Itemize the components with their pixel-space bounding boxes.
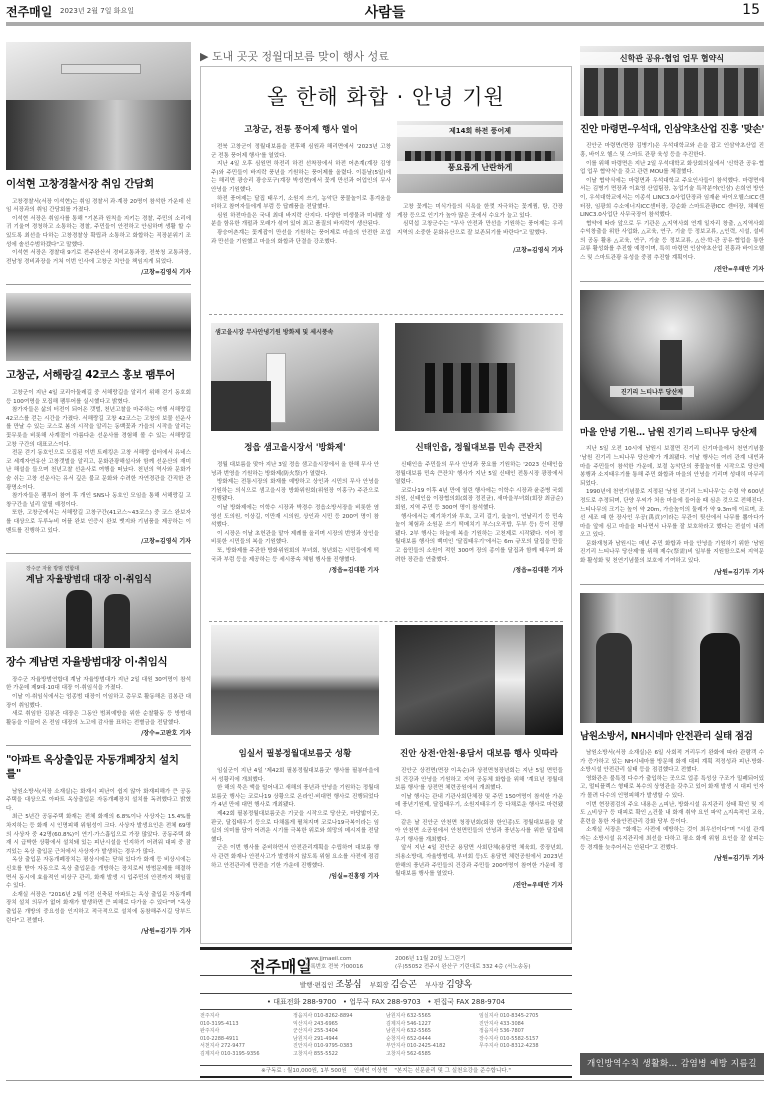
article-photo [6,42,191,170]
photo-banner: 신학관 공유·협업 업무 협약식 [580,52,764,65]
person-shape [66,590,92,648]
byline: /남원=김기두 기자 [6,926,191,935]
bottom-rule [6,1080,764,1081]
headline: 이석현 고창경찰서장 취임 간담회 [6,178,191,192]
article-police-chief: 이석현 고창경찰서장 취임 간담회 고창경찰서(서장 이석현)는 취임 경찰서 … [6,42,191,276]
address: (우)55052 전주시 완산구 기린대로 332 4층 (서노송동) [395,963,531,971]
divider [6,284,191,285]
main-headline: 올 한해 화합 · 안녕 기원 [201,81,571,111]
lead-story-right: 제14회 하전 풍어제 풍요롭게 난란하게 고창 꽃게는 미식가들의 식욕을 한… [397,121,563,254]
lead-story-left: 고창군, 전통 풍어제 행사 열어 전북 고창군이 정월대보름을 전후해 심원과… [211,123,391,246]
staff-row: 발행·편집인 조봉심 부회장 김승곤 부사장 김양옥 [200,976,572,994]
byline: /남원=김기두 기자 [580,567,764,576]
headline: 진안 상전·안천·용담서 대보름 행사 잇따라 [395,747,563,759]
article-photo [6,293,191,361]
article-nh-cinema: 남원소방서, NH시네마 안전관리 실태 점검 남원소방서(서장 소재실)은 6… [580,593,764,862]
headline: 마을 안녕 기원… 남원 진기리 느티나무 당산제 [580,428,764,440]
article-zelkova-tree: 진기리 느티나무 당산제 마을 안녕 기원… 남원 진기리 느티나무 당산제 지… [580,290,764,576]
page-number: 15 [742,2,760,18]
headline: 임실서 필봉정월대보름굿 성황 [211,747,379,759]
article-body: 고창군이 지난 4일 코리아둘레길 중 서해랑길을 알리기 위해 걷기 동호회 … [6,389,191,535]
article-body: 신태인읍 주민들의 무사 안녕과 풍요를 기원하는 '2023 신태인읍 정월대… [395,461,563,564]
article-body: 장수군 자율방범연합대 계남 자율방범대가 지난 2일 대원 30여명이 참석한… [6,676,191,728]
article-photo: 제14회 하전 풍어제 풍요롭게 난란하게 [397,121,563,193]
people-shape [425,363,515,413]
article-patrol-captain: 장수군 자율 방범 연합대 계남 자율방범대 대장 이·취임식 장수 계남면 자… [6,562,191,737]
left-column: 이석현 고창경찰서장 취임 간담회 고창경찰서(서장 이석현)는 취임 경찰서 … [6,30,191,935]
article-photo: 진기리 느티나무 당산제 [580,290,764,420]
publisher-info: 전주매일 www.jjmaeil.com 등록번호 전북 가00016 2006… [200,947,572,1084]
registration-number: 등록번호 전북 가00016 [305,963,363,971]
masthead: 전주매일 2023년 2월 7일 화요일 사람들 15 [0,0,770,22]
branch-directory: 전주지사 010-3195-4113 완주지사 010-2288-4911 서천… [200,1010,572,1065]
article-photo [395,323,563,431]
byline: /정읍=김대환 기자 [211,565,379,574]
headline: 진안 마령면-우석대, 인삼약초산업 진흥 '맞손' [580,124,764,136]
bonfire-shape [495,625,525,735]
divider [580,281,764,282]
subhead: 고창군, 전통 풍어제 행사 열어 [211,123,391,135]
feature-box: 올 한해 화합 · 안녕 기원 고창군, 전통 풍어제 행사 열어 전북 고창군… [200,66,572,944]
established-date: 2006년 11월 20일 노그린기 [395,955,531,963]
tree-trunk-shape [660,340,682,410]
article-woosuk-mou: 신학관 공유·협업 업무 협약식 진안 마령면-우석대, 인삼약초산업 진흥 '… [580,46,764,273]
article-rooftop-door: "아파트 옥상출입문 자동개폐장치 설치를" 남원소방서(서장 소재실)는 화재… [6,754,191,935]
photo-banner: 샘고을시장 무사안녕기원 방화제 및 세시풍속 [215,327,365,336]
byline: /고창=김영식 기자 [397,245,563,254]
article-body: 전북 고창군이 정월대보름을 전후해 심원과 해리면에서 '2023년 고창군 … [211,143,391,246]
article-photo: 신학관 공유·협업 업무 협약식 [580,46,764,116]
article-photo [211,625,379,735]
byline: /진안=우태만 기자 [580,264,764,273]
person-shape [596,633,632,723]
headline: "아파트 옥상출입문 자동개폐장치 설치를" [6,754,191,781]
masthead-divider [6,22,764,26]
article-body: 진안군 상전면(면장 이옥순)과 상전면청장년회는 지난 5일 면민들의 건강과… [395,767,563,879]
story-jinan: 진안 상전·안천·용담서 대보름 행사 잇따라 진안군 상전면(면장 이옥순)과… [395,625,563,889]
photo-banner-top: 제14회 하전 풍어제 [397,125,563,137]
photo-banner-bottom: 풍요롭게 난란하게 [397,161,563,174]
photo-banner: 계남 자율방범대 대장 이·취임식 [26,572,152,585]
divider [209,314,563,315]
byline: /진안=우태만 기자 [395,880,563,889]
article-body: 남원소방서(서장 소재실)은 6일 사회적 거리두기 완화에 따라 관람객 수가… [580,749,764,852]
divider [580,584,764,585]
banner-shape [61,64,141,74]
people-row-shape [584,68,760,116]
article-body: 남원소방서(서장 소재실)는 화재시 피난이 쉽지 않아 화재피해가 큰 공동주… [6,788,191,926]
article-body: 정월 대보름을 맞아 지난 3일 정읍 샘고을시장에서 올 한해 무사 안녕과 … [211,461,379,564]
divider [6,745,191,746]
person-shape [700,633,740,723]
person-shape [104,594,130,648]
divider [6,553,191,554]
headline: 남원소방서, NH시네마 안전관리 실태 점검 [580,731,764,743]
subscription-row: ※구독료 : 월10,000원, 1부 500원 인쇄인 이상현 "본지는 신문… [200,1065,572,1078]
ad-banner[interactable]: 개인방역수칙 생활화… 감염병 예방 지름길 [580,1053,764,1075]
story-bangwhaje: 샘고을시장 무사안녕기원 방화제 및 세시풍속 정읍 샘고을시장서 '방화제' … [211,323,379,574]
article-photo [580,593,764,723]
byline: /고창=김영식 기자 [6,536,191,545]
article-photo: 장수군 자율 방범 연합대 계남 자율방범대 대장 이·취임식 [6,562,191,648]
article-body: 고창 꽃게는 미식가들의 식욕을 한껏 자극하는 꽃게찜, 탕, 간장 게장 등… [397,203,563,237]
phone-row: • 대표전화 288-9700 • 업무국 FAX 288-9703 • 편집국… [200,994,572,1010]
headline: 신태인읍, 정월대보름 민속 큰잔치 [395,441,563,453]
meeting-table-shape [6,100,191,170]
divider [209,621,563,622]
byline: /장수=고판호 기자 [6,728,191,737]
photo-banner-small: 장수군 자율 방범 연합대 [26,565,79,572]
story-imsil: 임실서 필봉정월대보름굿 성황 임실군이 지난 4일 '제42회 필봉정월대보름… [211,625,379,880]
story-sintaein: 신태인읍, 정월대보름 민속 큰잔치 신태인읍 주민들의 무사 안녕과 풍요를 … [395,323,563,574]
footer-logo: 전주매일 [250,954,312,977]
byline: /남원=김기두 기자 [580,853,764,862]
byline: /임실=진홍영 기자 [211,871,379,880]
photo-banner: 진기리 느티나무 당산제 [610,386,694,397]
section-title: 사람들 [0,2,770,22]
article-body: 진안군 마령면(면장 김병기)은 우석대학교와 손을 잡고 인삼약초산업 진흥,… [580,142,764,262]
article-body: 고창경찰서(서장 이석현)는 취임 경찰서 과·계장 20명이 참석한 가운데 … [6,198,191,267]
article-photo [395,625,563,735]
article-body: 임실군이 지난 4일 '제42회 필봉정월대보름굿' 행사를 필봉마을에서 성황… [211,767,379,870]
headline: 장수 계남면 자율방범대장 이·취임식 [6,656,191,670]
article-photo: 샘고을시장 무사안녕기원 방화제 및 세시풍속 [211,323,379,431]
topic-label: ▶ 도내 곳곳 정월대보름 맞이 행사 성료 [200,48,389,64]
article-body: 지난 5일 오전 10시에 남원시 보절면 진기리 신기마을에서 천연기념물 '… [580,445,764,565]
headline: 정읍 샘고을시장서 '방화제' [211,441,379,453]
byline: /정읍=김대환 기자 [395,565,563,574]
headline: 고창군, 서해랑길 42코스 홍보 팸투어 [6,369,191,383]
article-seohaerang: 고창군, 서해랑길 42코스 홍보 팸투어 고창군이 지난 4일 코리아둘레길 … [6,293,191,545]
table-shape [211,381,271,431]
right-column: 신학관 공유·협업 업무 협약식 진안 마령면-우석대, 인삼약초산업 진흥 '… [580,30,764,862]
website-link[interactable]: www.jjmaeil.com [305,955,363,963]
byline: /고창=김영식 기자 [6,267,191,276]
